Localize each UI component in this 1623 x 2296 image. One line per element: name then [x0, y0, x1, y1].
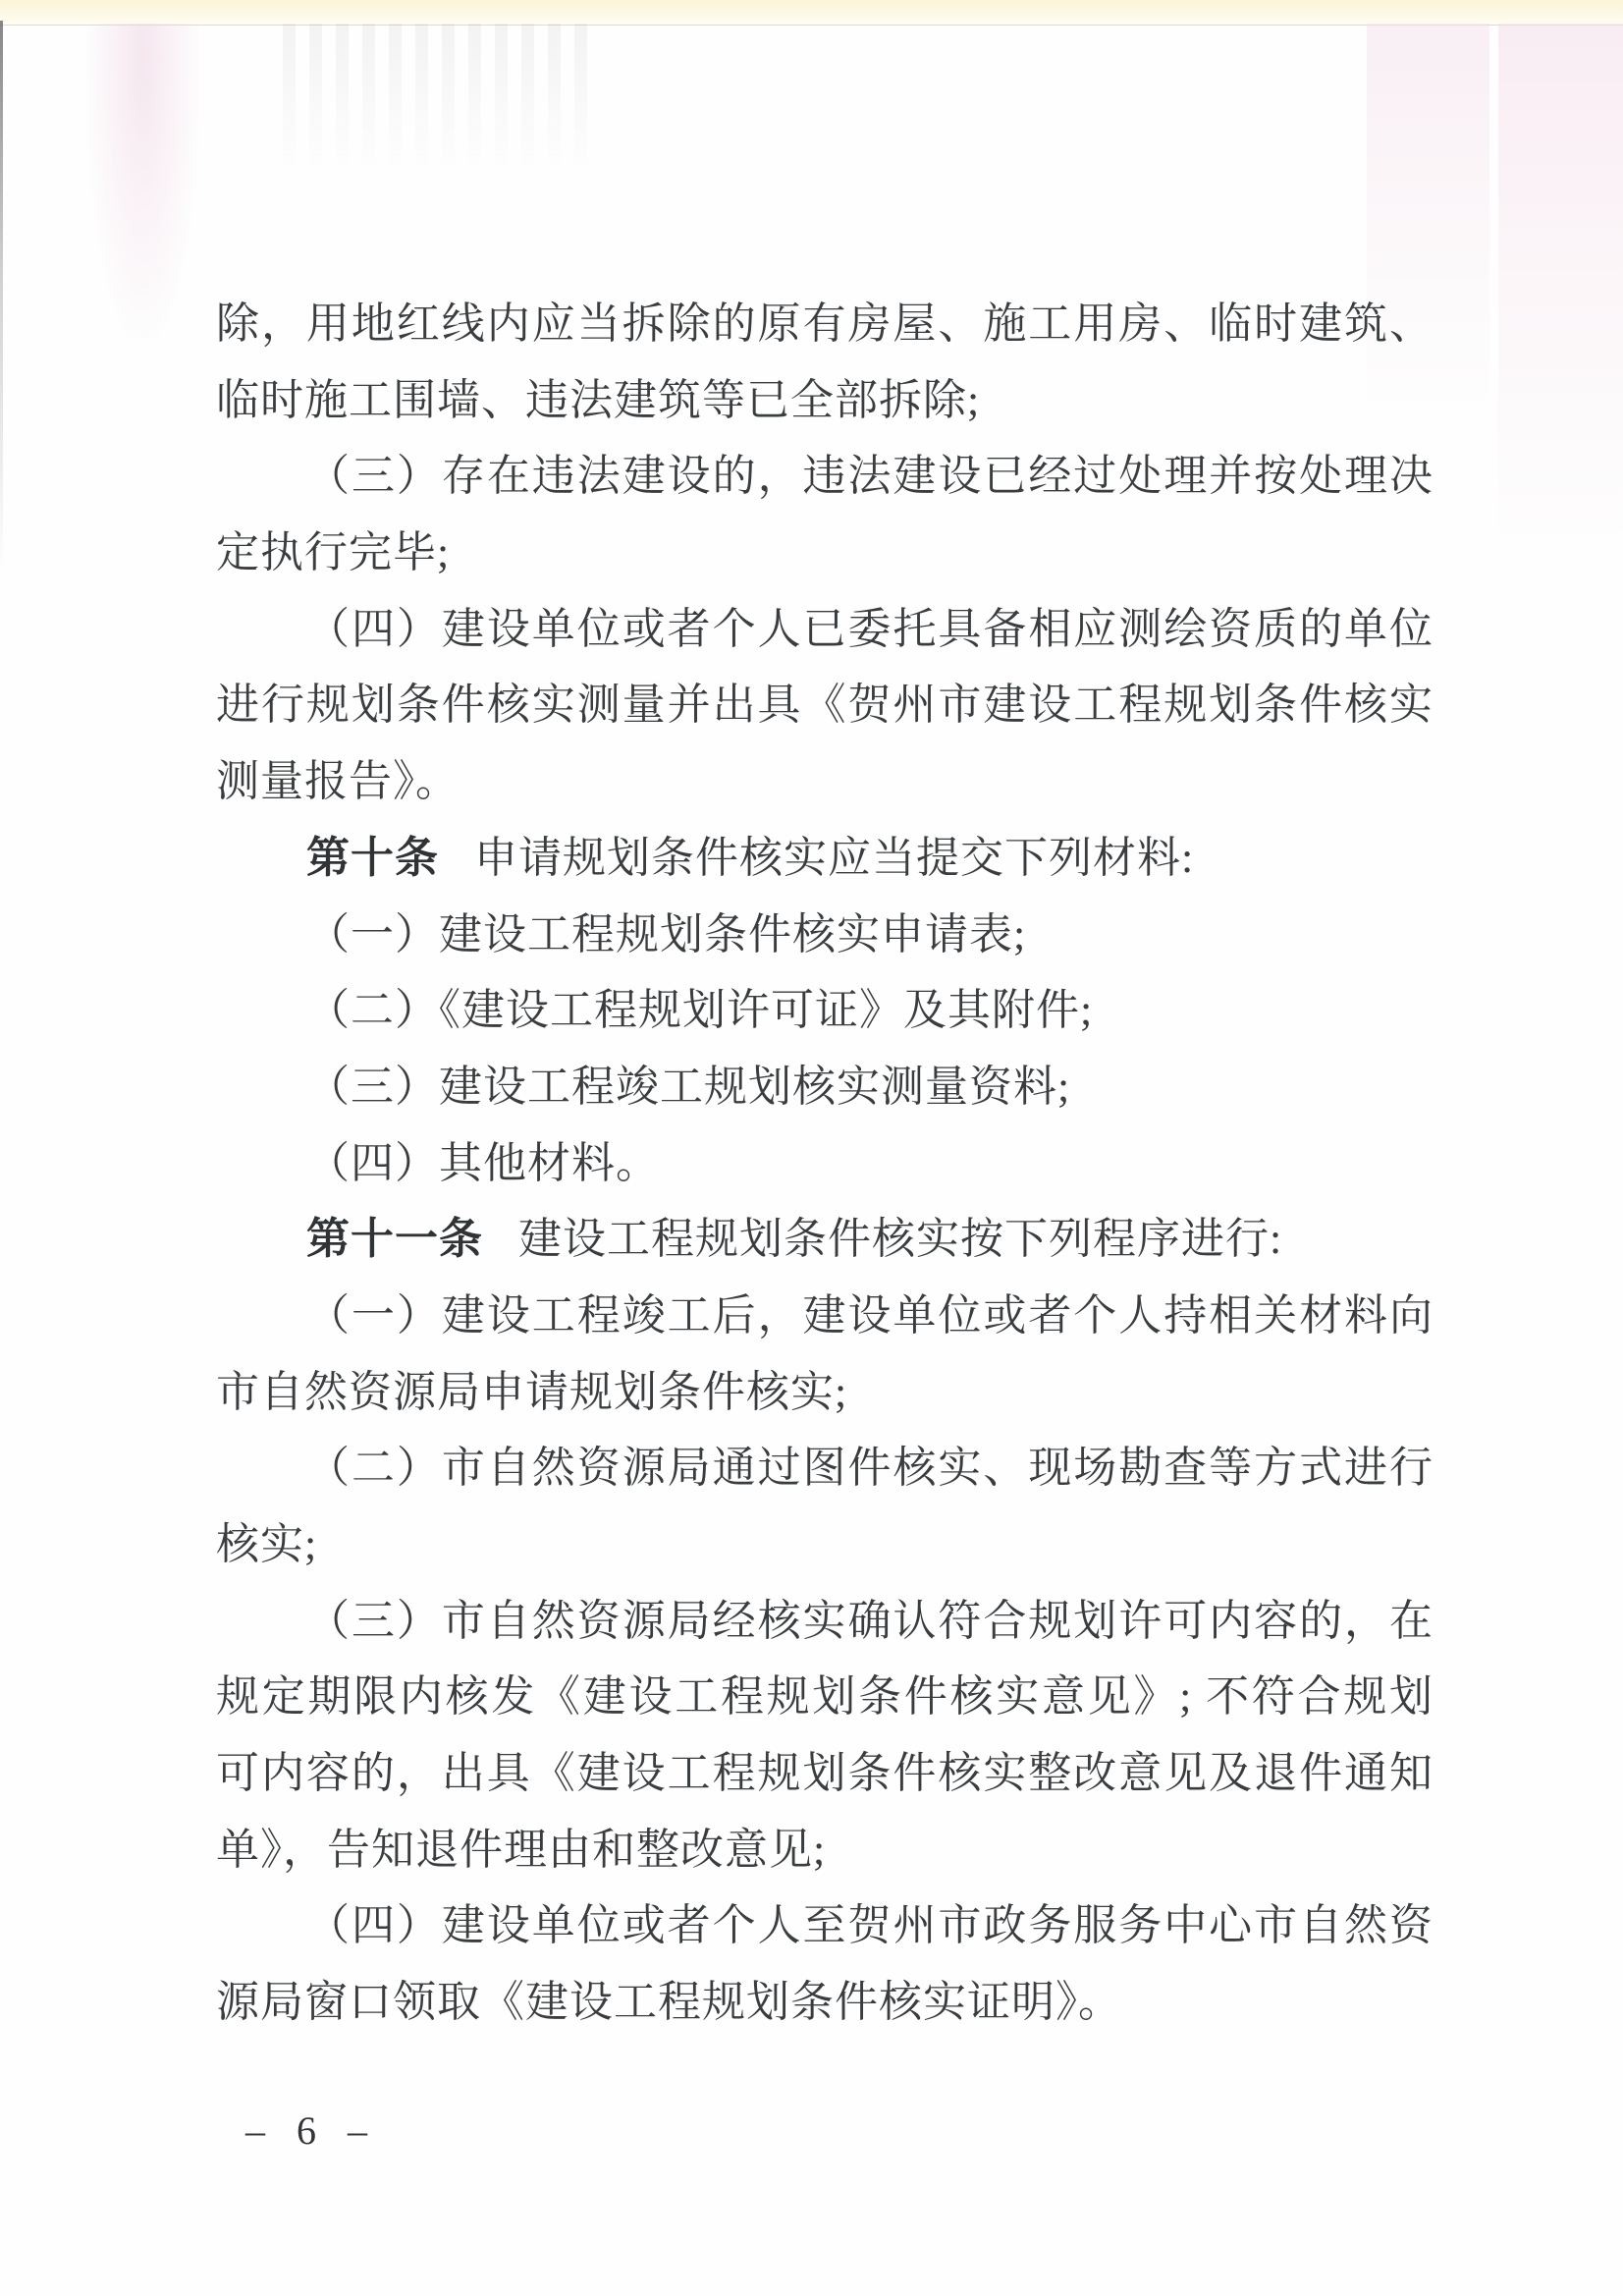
text-line: （二）《建设工程规划许可证》及其附件;: [216, 972, 1434, 1049]
scan-left-edge: [0, 21, 3, 571]
article-heading-line: 第十一条建设工程规划条件核实按下列程序进行:: [216, 1201, 1434, 1278]
text-line: 临时施工围墙、违法建筑等已全部拆除;: [216, 362, 1434, 439]
text-line: 可内容的，出具《建设工程规划条件核实整改意见及退件通知: [216, 1735, 1434, 1812]
scan-top-edge: [0, 0, 1623, 26]
text-line: （三）市自然资源局经核实确认符合规划许可内容的，在: [216, 1583, 1434, 1660]
page-number: – 6 –: [245, 2107, 376, 2154]
article-number: 第十条: [306, 834, 439, 882]
scan-blush-left: [86, 24, 199, 338]
article-heading-line: 第十条申请规划条件核实应当提交下列材料:: [216, 820, 1434, 897]
scan-blush-right-edge: [1498, 24, 1623, 554]
text-line: （四）其他材料。: [216, 1125, 1434, 1202]
text-line: 定执行完毕;: [216, 515, 1434, 591]
text-line: 核实;: [216, 1506, 1434, 1583]
text-line: （四）建设单位或者个人至贺州市政务服务中心市自然资: [216, 1887, 1434, 1964]
text-line: （一）建设工程规划条件核实申请表;: [216, 897, 1434, 973]
text-line: （一）建设工程竣工后，建设单位或者个人持相关材料向: [216, 1278, 1434, 1354]
text-line: 进行规划条件核实测量并出具《贺州市建设工程规划条件核实: [216, 667, 1434, 743]
text-line: 市自然资源局申请规划条件核实;: [216, 1354, 1434, 1431]
text-line: 除，用地红线内应当拆除的原有房屋、施工用房、临时建筑、: [216, 286, 1434, 362]
text-line: 规定期限内核发《建设工程规划条件核实意见》; 不符合规划许: [216, 1659, 1434, 1735]
page: { "colors": { "ink": "#3a3d3f", "paper":…: [0, 0, 1623, 2296]
text-line: （二）市自然资源局通过图件核实、现场勘查等方式进行: [216, 1430, 1434, 1506]
document-text: 除，用地红线内应当拆除的原有房屋、施工用房、临时建筑、 临时施工围墙、违法建筑等…: [216, 286, 1434, 2041]
article-text: 申请规划条件核实应当提交下列材料:: [474, 834, 1194, 882]
article-text: 建设工程规划条件核实按下列程序进行:: [518, 1215, 1282, 1263]
text-line: 测量报告》。: [216, 743, 1434, 820]
text-line: （三）存在违法建设的，违法建设已经过处理并按处理决: [216, 438, 1434, 515]
text-line: 单》，告知退件理由和整改意见;: [216, 1812, 1434, 1888]
scan-streaks-top: [283, 24, 587, 171]
text-line: 源局窗口领取《建设工程规划条件核实证明》。: [216, 1964, 1434, 2041]
text-line: （三）建设工程竣工规划核实测量资料;: [216, 1049, 1434, 1125]
text-line: （四）建设单位或者个人已委托具备相应测绘资质的单位: [216, 591, 1434, 668]
article-number: 第十一条: [306, 1215, 483, 1263]
